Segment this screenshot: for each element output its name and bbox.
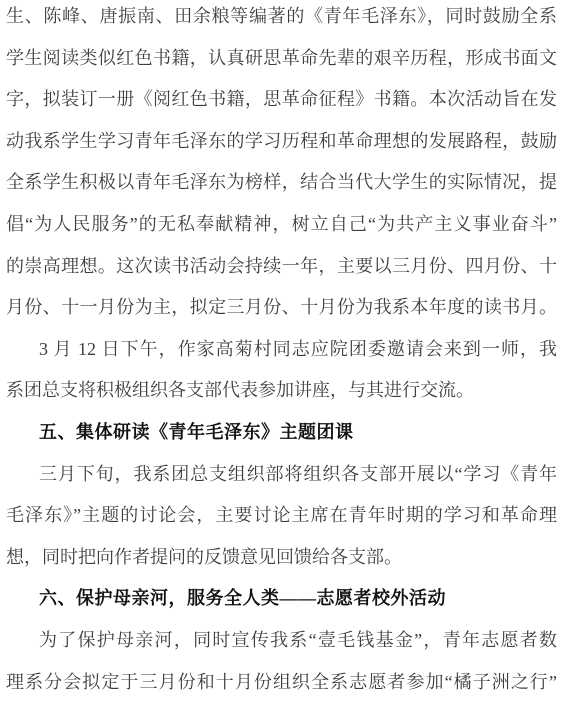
section-heading-line: 六、保护母亲河，服务全人类——志愿者校外活动 bbox=[6, 578, 557, 620]
paragraph-text-line: 想，同时把向作者提问的反馈意见回馈给各支部。 bbox=[6, 537, 557, 579]
paragraph-text-line: 倡“为人民服务”的无私奉献精神，树立自己“为共产主义事业奋斗” bbox=[6, 204, 557, 246]
paragraph-text-line: 的崇高理想。这次读书活动会持续一年，主要以三月份、四月份、十 bbox=[6, 246, 557, 288]
paragraph-text-line: 全系学生积极以青年毛泽东为榜样，结合当代大学生的实际情况，提 bbox=[6, 162, 557, 204]
document-page: 生、陈峰、唐振南、田余粮等编著的《青年毛泽东》，同时鼓励全系学生阅读类似红色书籍… bbox=[0, 0, 563, 706]
paragraph-text-line: 3 月 12 日下午，作家高菊村同志应院团委邀请会来到一师，我 bbox=[6, 329, 557, 371]
paragraph-text-line: 毛泽东》”主题的讨论会，主要讨论主席在青年时期的学习和革命理 bbox=[6, 495, 557, 537]
paragraph-text-line: 理系分会拟定于三月份和十月份组织全系志愿者参加“橘子洲之行” bbox=[6, 662, 557, 704]
paragraph-text-line: 月份、十一月份为主，拟定三月份、十月份为我系本年度的读书月。 bbox=[6, 287, 557, 329]
paragraph-text-line: 系团总支将积极组织各支部代表参加讲座，与其进行交流。 bbox=[6, 370, 557, 412]
paragraph-text-line: 三月下旬，我系团总支组织部将组织各支部开展以“学习《青年 bbox=[6, 454, 557, 496]
section-heading-line: 五、集体研读《青年毛泽东》主题团课 bbox=[6, 412, 557, 454]
paragraph-text-line: 学生阅读类似红色书籍，认真研思革命先辈的艰辛历程，形成书面文 bbox=[6, 38, 557, 80]
paragraph-text-line: 动我系学生学习青年毛泽东的学习历程和革命理想的发展路程，鼓励 bbox=[6, 121, 557, 163]
paragraph-text-line: 为了保护母亲河，同时宣传我系“壹毛钱基金”，青年志愿者数 bbox=[6, 620, 557, 662]
paragraph-text-line: 字，拟装订一册《阅红色书籍，思革命征程》书籍。本次活动旨在发 bbox=[6, 79, 557, 121]
document-body: 生、陈峰、唐振南、田余粮等编著的《青年毛泽东》，同时鼓励全系学生阅读类似红色书籍… bbox=[6, 0, 557, 703]
paragraph-text-line: 生、陈峰、唐振南、田余粮等编著的《青年毛泽东》，同时鼓励全系 bbox=[6, 0, 557, 38]
